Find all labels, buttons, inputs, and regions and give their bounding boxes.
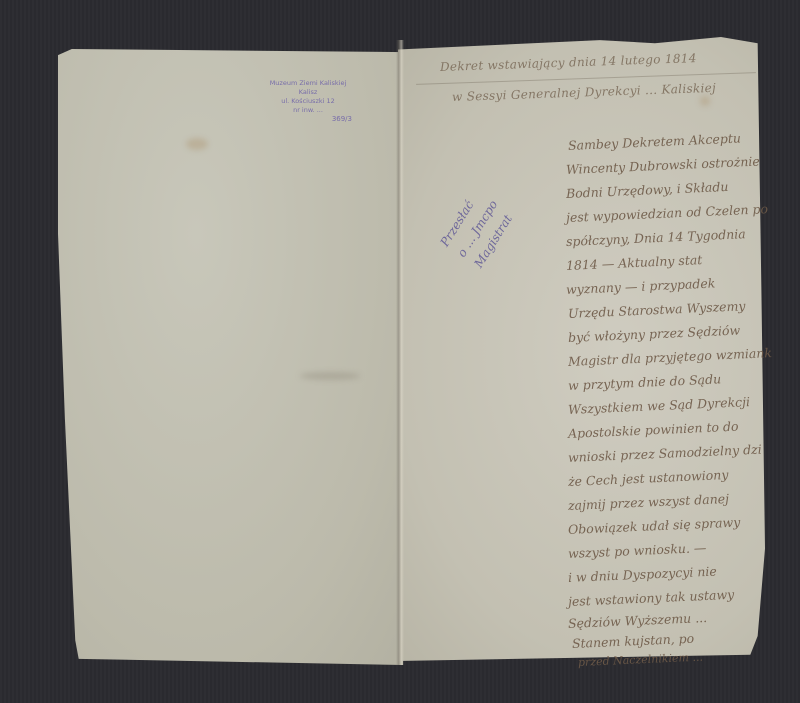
stamp-line-2: Kalisz	[248, 88, 368, 97]
stamp-line-3: ul. Kościuszki 12	[248, 97, 368, 106]
museum-stamp: Muzeum Ziemi Kaliskiej Kalisz ul. Kościu…	[248, 79, 368, 124]
rust-stain	[700, 96, 710, 106]
stamp-inventory-number: 369/3	[248, 115, 368, 124]
smudge	[300, 372, 360, 380]
center-fold	[396, 40, 404, 665]
stamp-line-4: nr inw. ...	[248, 106, 368, 115]
rust-stain	[186, 138, 208, 150]
left-page	[58, 49, 403, 665]
stamp-line-1: Muzeum Ziemi Kaliskiej	[248, 79, 368, 88]
